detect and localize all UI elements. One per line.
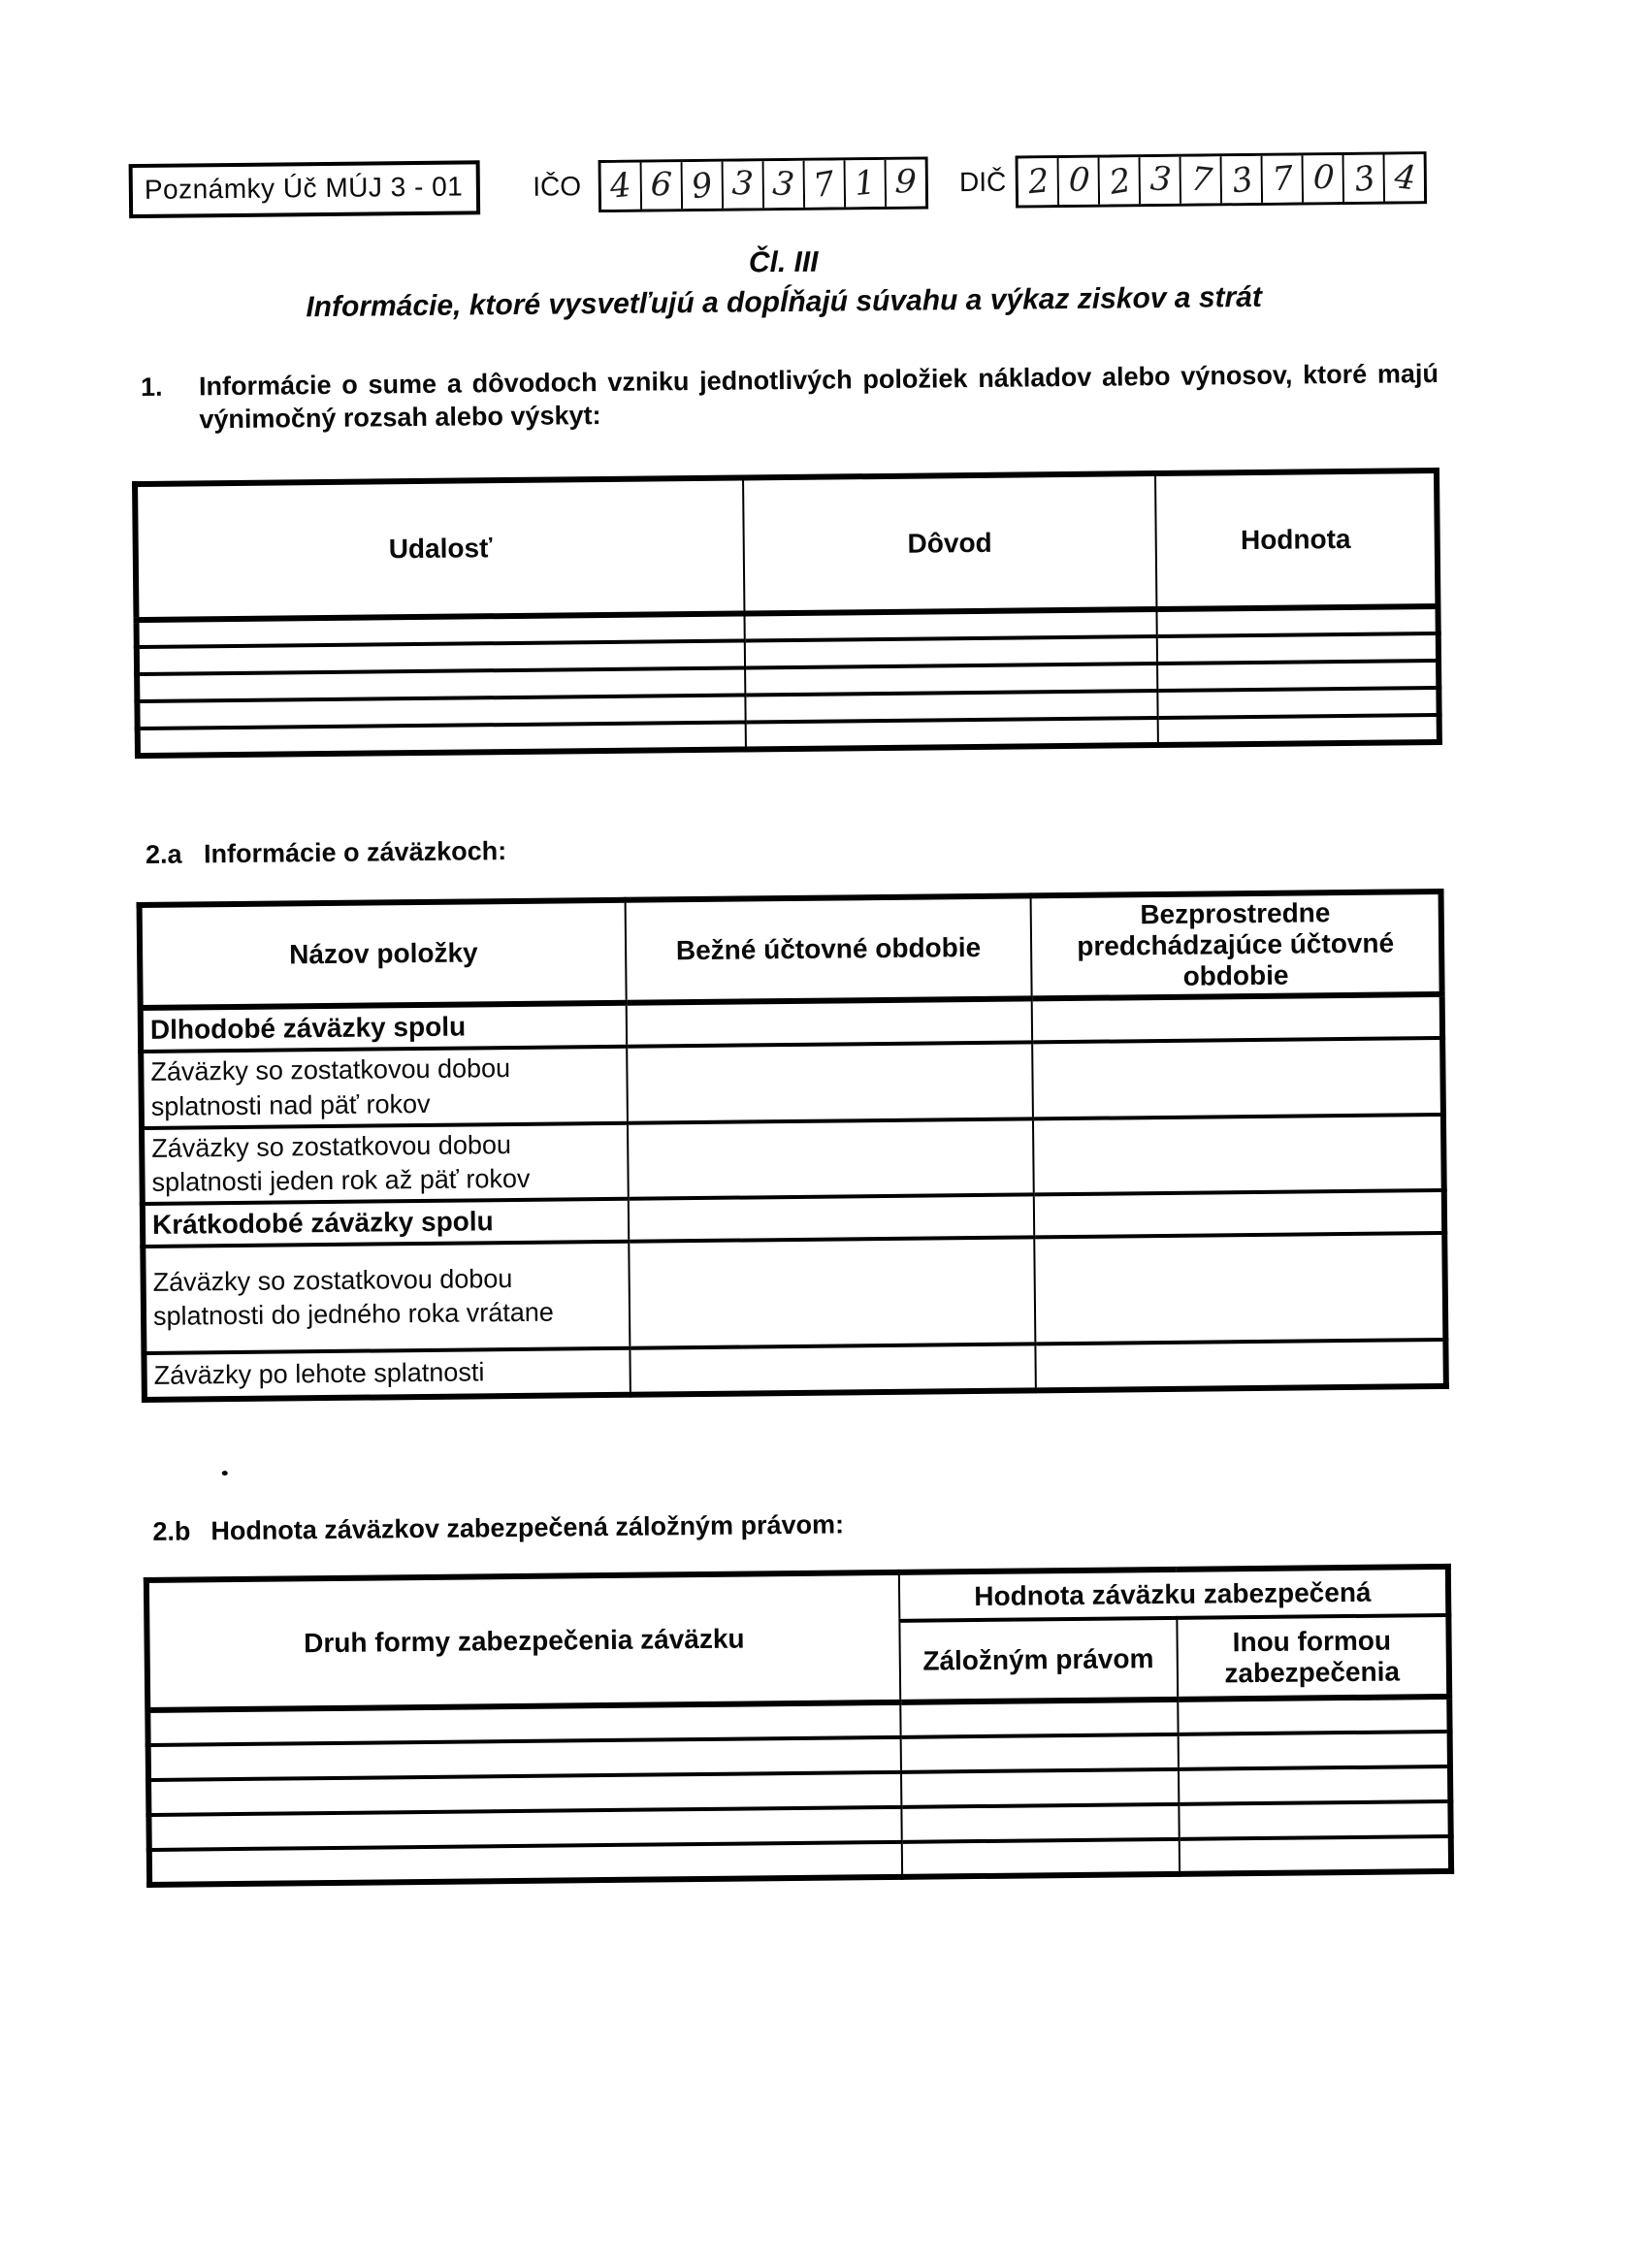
dic-digit-box: 4 xyxy=(1385,154,1425,201)
ico-digit-boxes: 4 6 9 3 3 7 1 9 xyxy=(598,156,929,212)
ico-digit-box: 6 xyxy=(642,162,684,209)
empty-cell xyxy=(1032,994,1442,1043)
section-2a-number: 2.a xyxy=(136,837,204,871)
ico-digit-box: 9 xyxy=(887,159,926,206)
empty-cell xyxy=(1032,1038,1443,1118)
liabilities-table-header-row: Názov položky Bežné účtovné obdobie Bezp… xyxy=(140,891,1442,1008)
dic-digit: 2 xyxy=(1106,161,1133,203)
liabilities-row-label: Krátkodobé záväzky spolu xyxy=(143,1199,629,1247)
liabilities-table: Názov položky Bežné účtovné obdobie Bezp… xyxy=(137,889,1449,1403)
liabilities-row-label: Dlhodobé záväzky spolu xyxy=(141,1003,627,1053)
dic-digit: 3 xyxy=(1228,160,1255,202)
empty-cell xyxy=(626,998,1032,1047)
dic-digit-box: 0 xyxy=(1059,158,1101,205)
dic-digit-box: 3 xyxy=(1344,155,1386,202)
article-title: Čl. III xyxy=(130,240,1438,286)
document-page: Poznámky Úč MÚJ 3 - 01 IČO 4 6 9 3 3 7 1… xyxy=(0,0,1649,2268)
empty-cell xyxy=(1034,1233,1445,1344)
dic-digit-box: 3 xyxy=(1222,156,1264,203)
section-2a-title: Informácie o záväzkoch: xyxy=(204,825,1443,870)
empty-cell xyxy=(900,1700,1178,1737)
form-code: Poznámky Úč MÚJ 3 - 01 xyxy=(145,171,464,204)
empty-cell xyxy=(745,691,1158,722)
section-1-number: 1. xyxy=(131,370,200,437)
ico-digit: 9 xyxy=(894,162,918,202)
dic-digit: 4 xyxy=(1392,157,1417,198)
empty-cell xyxy=(628,1194,1034,1242)
empty-cell xyxy=(1036,1340,1446,1390)
dic-digit: 0 xyxy=(1067,160,1090,200)
dic-digit-box: 2 xyxy=(1100,157,1142,204)
ico-label: IČO xyxy=(533,171,581,203)
ico-digit: 3 xyxy=(771,164,796,205)
empty-cell xyxy=(1033,1115,1444,1195)
dic-digit: 7 xyxy=(1271,159,1295,200)
article-subtitle: Informácie, ktoré vysvetľujú a dopĺňajú … xyxy=(130,279,1438,326)
empty-cell xyxy=(1157,688,1439,718)
liabilities-header-bezne: Bežné účtovné obdobie xyxy=(625,895,1032,1002)
empty-cell xyxy=(901,1769,1179,1807)
dic-digit: 0 xyxy=(1311,158,1335,198)
empty-cell xyxy=(1179,1766,1451,1804)
collateral-table: Druh formy zabezpečenia záväzku Hodnota … xyxy=(144,1564,1454,1888)
ico-digit-box: 9 xyxy=(683,162,725,209)
empty-cell xyxy=(1034,1190,1444,1238)
events-table-header-dovod: Dôvod xyxy=(743,473,1157,613)
dic-digit: 3 xyxy=(1350,158,1377,200)
empty-cell xyxy=(629,1238,1036,1348)
empty-cell xyxy=(1179,1836,1451,1874)
empty-cell xyxy=(745,664,1158,695)
section-2b-number: 2.b xyxy=(143,1514,210,1548)
liabilities-row-label: Záväzky so zostatkovou dobou splatnosti … xyxy=(143,1242,630,1353)
ico-digit-box: 7 xyxy=(805,160,847,207)
ico-digit: 4 xyxy=(608,166,632,207)
collateral-header-group: Hodnota záväzku zabezpečená xyxy=(899,1567,1449,1621)
empty-cell xyxy=(744,609,1157,640)
section-2a: 2.a Informácie o záväzkoch: xyxy=(136,825,1443,871)
dic-digit-box: 3 xyxy=(1141,157,1182,204)
ico-digit: 3 xyxy=(731,164,755,204)
dic-label: DIČ xyxy=(959,167,1007,199)
dic-digit: 2 xyxy=(1026,161,1051,202)
empty-cell xyxy=(630,1345,1036,1395)
empty-cell xyxy=(901,1804,1179,1842)
dic-digit-boxes: 2 0 2 3 7 3 7 0 3 4 xyxy=(1016,151,1428,208)
ico-digit-box: 1 xyxy=(846,160,888,207)
ico-digit-box: 3 xyxy=(724,161,765,208)
liabilities-header-bezprostredne: Bezprostredne predchádzajúce účtovné obd… xyxy=(1031,891,1442,998)
empty-cell xyxy=(628,1118,1034,1199)
form-code-box: Poznámky Úč MÚJ 3 - 01 xyxy=(129,160,481,218)
collateral-header-druh: Druh formy zabezpečenia záväzku xyxy=(146,1572,900,1710)
dic-digit: 3 xyxy=(1148,159,1172,199)
section-2b-title: Hodnota záväzkov zabezpečená záložným pr… xyxy=(210,1502,1450,1547)
empty-cell xyxy=(745,718,1158,749)
liabilities-row: Záväzky so zostatkovou dobou splatnosti … xyxy=(142,1115,1444,1204)
section-1-text: Informácie o sume a dôvodoch vzniku jedn… xyxy=(199,357,1439,436)
liabilities-row-label: Záväzky so zostatkovou dobou splatnosti … xyxy=(142,1122,628,1203)
form-header-row: Poznámky Úč MÚJ 3 - 01 IČO 4 6 9 3 3 7 1… xyxy=(129,148,1438,220)
liabilities-row-label: Záväzky so zostatkovou dobou splatnosti … xyxy=(141,1047,627,1127)
empty-cell xyxy=(1179,1801,1451,1839)
dic-digit-box: 7 xyxy=(1263,155,1305,202)
liabilities-row: Záväzky so zostatkovou dobou splatnosti … xyxy=(141,1038,1443,1127)
section-1: 1. Informácie o sume a dôvodoch vzniku j… xyxy=(131,357,1439,437)
ico-digit: 1 xyxy=(853,163,877,204)
ico-digit-box: 3 xyxy=(764,161,806,208)
section-2b: 2.b Hodnota záväzkov zabezpečená záložný… xyxy=(143,1502,1450,1548)
empty-cell xyxy=(1178,1697,1450,1734)
ico-digit-box: 4 xyxy=(601,163,643,210)
empty-cell xyxy=(1178,1732,1450,1769)
dic-digit-box: 0 xyxy=(1304,155,1345,202)
empty-cell xyxy=(138,723,746,757)
empty-cell xyxy=(901,1839,1179,1877)
dic-digit-box: 7 xyxy=(1181,156,1223,203)
collateral-subheader-inou: Inou formou zabezpečenia xyxy=(1177,1615,1449,1700)
ico-digit: 9 xyxy=(689,165,716,207)
events-table-header-udalost: Udalosť xyxy=(135,478,744,621)
dic-digit-box: 2 xyxy=(1018,158,1060,205)
empty-cell xyxy=(1157,606,1439,636)
events-table: Udalosť Dôvod Hodnota xyxy=(132,468,1442,759)
empty-cell xyxy=(1157,633,1439,664)
page-content: Poznámky Úč MÚJ 3 - 01 IČO 4 6 9 3 3 7 1… xyxy=(127,0,1454,1888)
empty-cell xyxy=(1158,715,1439,745)
events-table-header-row: Udalosť Dôvod Hodnota xyxy=(135,470,1438,620)
scan-artifact-dot xyxy=(222,1471,228,1475)
ico-digit: 6 xyxy=(650,165,673,205)
empty-cell xyxy=(149,1842,902,1885)
empty-cell xyxy=(900,1734,1178,1772)
empty-cell xyxy=(744,636,1157,667)
liabilities-row: Záväzky so zostatkovou dobou splatnosti … xyxy=(143,1233,1445,1353)
empty-cell xyxy=(627,1043,1033,1123)
ico-digit: 7 xyxy=(811,164,838,206)
events-table-header-hodnota: Hodnota xyxy=(1155,470,1438,609)
dic-digit: 7 xyxy=(1188,159,1213,200)
collateral-subheader-zalozne: Záložným právom xyxy=(899,1618,1178,1702)
empty-cell xyxy=(1157,661,1439,691)
liabilities-row-label: Záväzky po lehote splatnosti xyxy=(144,1348,630,1400)
liabilities-header-nazov: Názov položky xyxy=(140,900,627,1008)
